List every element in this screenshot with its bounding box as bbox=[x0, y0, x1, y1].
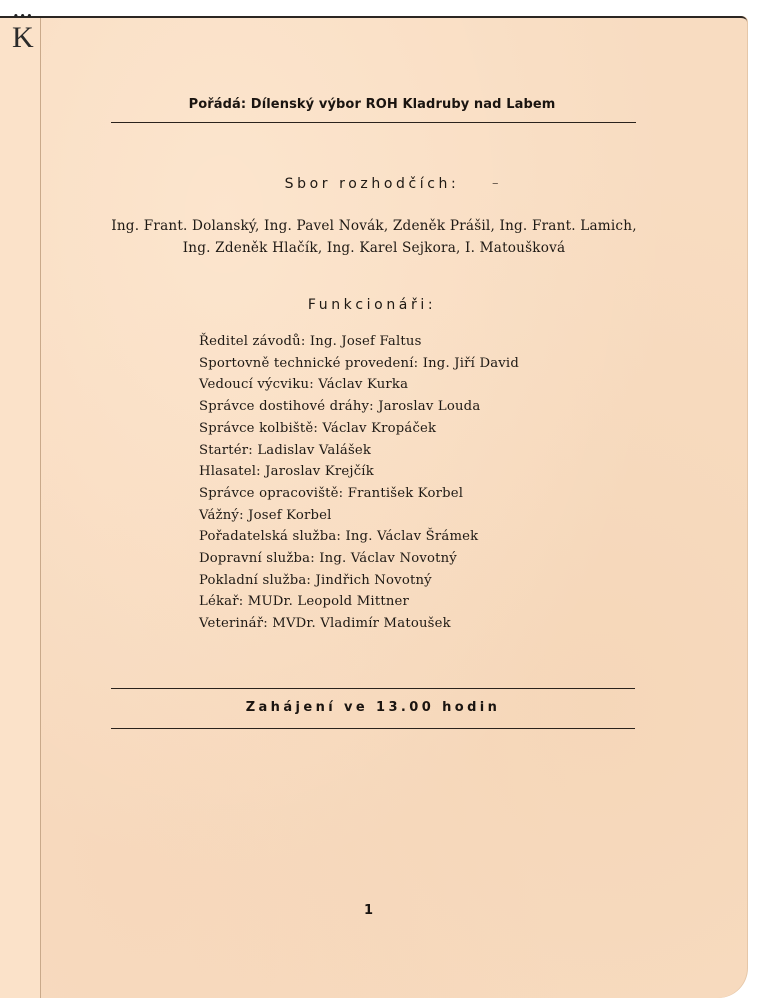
organizer-line: Pořádá: Dílenský výbor ROH Kladruby nad … bbox=[0, 97, 744, 112]
logo-dots-icon: ••• bbox=[13, 13, 33, 21]
official-item: Ředitel závodů: Ing. Josef Faltus bbox=[199, 331, 519, 353]
official-item: Vážný: Josef Korbel bbox=[199, 505, 519, 527]
official-item: Správce kolbiště: Václav Kropáček bbox=[199, 418, 519, 440]
official-item: Sportovně technické provedení: Ing. Jiří… bbox=[199, 353, 519, 375]
official-item: Vedoucí výcviku: Václav Kurka bbox=[199, 374, 519, 396]
official-item: Lékař: MUDr. Leopold Mittner bbox=[199, 591, 519, 613]
officials-heading: Funkcionáři: bbox=[0, 297, 744, 313]
officials-list: Ředitel závodů: Ing. Josef Faltus Sporto… bbox=[199, 331, 519, 635]
judges-line-1: Ing. Frant. Dolanský, Ing. Pavel Novák, … bbox=[0, 215, 748, 237]
watermark-logo: ••• K bbox=[12, 9, 34, 49]
official-item: Pokladní služba: Jindřich Novotný bbox=[199, 570, 519, 592]
divider-top bbox=[111, 122, 636, 123]
official-item: Dopravní služba: Ing. Václav Novotný bbox=[199, 548, 519, 570]
official-item: Správce dostihové dráhy: Jaroslav Louda bbox=[199, 396, 519, 418]
judges-heading: Sbor rozhodčích: bbox=[0, 176, 744, 192]
divider-below-start bbox=[111, 728, 635, 729]
start-time: Zahájení ve 13.00 hodin bbox=[0, 700, 746, 715]
logo-letter: K bbox=[12, 21, 34, 55]
official-item: Správce opracoviště: František Korbel bbox=[199, 483, 519, 505]
judges-list: Ing. Frant. Dolanský, Ing. Pavel Novák, … bbox=[0, 215, 748, 259]
judges-line-2: Ing. Zdeněk Hlačík, Ing. Karel Sejkora, … bbox=[0, 237, 748, 259]
page-number: 1 bbox=[364, 903, 373, 918]
official-item: Pořadatelská služba: Ing. Václav Šrámek bbox=[199, 526, 519, 548]
official-item: Veterinář: MVDr. Vladimír Matoušek bbox=[199, 613, 519, 635]
official-item: Hlasatel: Jaroslav Krejčík bbox=[199, 461, 519, 483]
page-content: Pořádá: Dílenský výbor ROH Kladruby nad … bbox=[0, 0, 758, 1000]
divider-above-start bbox=[111, 688, 635, 689]
official-item: Startér: Ladislav Valášek bbox=[199, 440, 519, 462]
stray-dash-mark: – bbox=[492, 176, 499, 191]
